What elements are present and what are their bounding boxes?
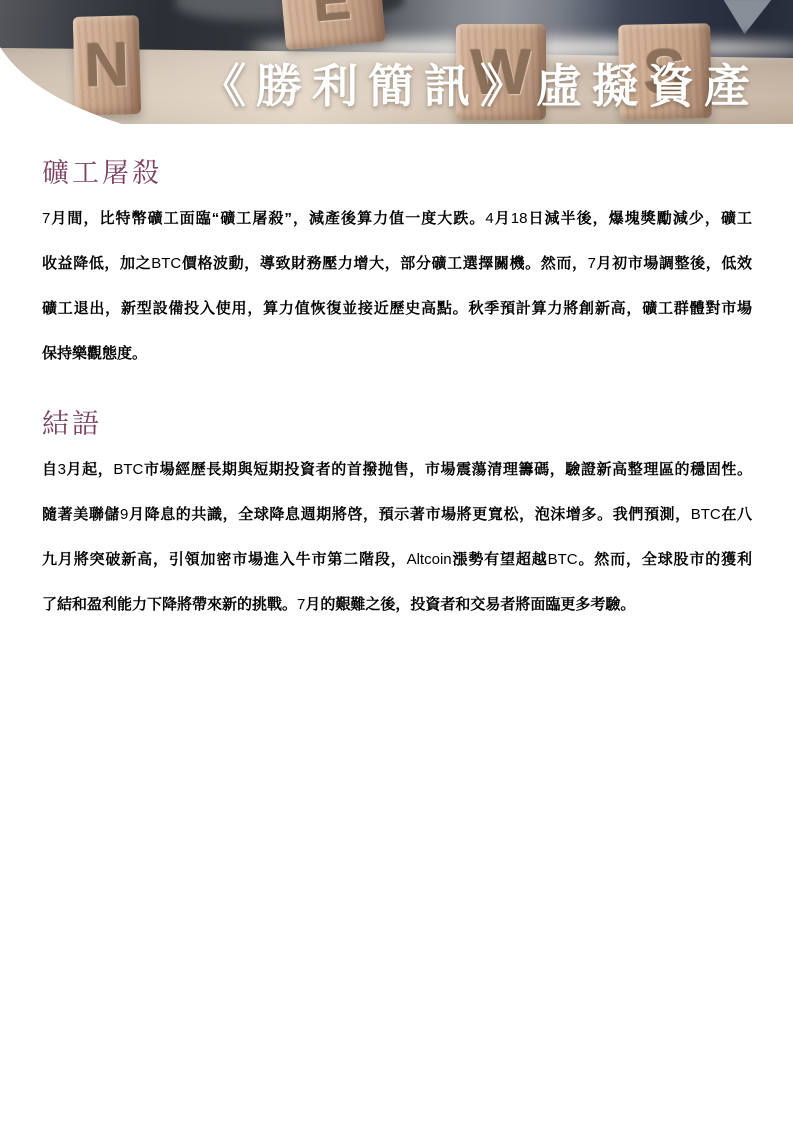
text-line: 礦工退出，新型設備投入使用，算力值恢復並接近歷史高點。秋季預計算力將創新高，礦工… xyxy=(42,286,752,331)
newsletter-article: 礦工屠殺 7月間，比特幣礦工面臨“礦工屠殺”，減產後算力值一度大跌。4月18日減… xyxy=(0,124,793,627)
hero-banner: N E W S 《勝利簡訊》虛擬資產 xyxy=(0,0,793,124)
text-line: 九月將突破新高，引領加密市場進入牛市第二階段，Altcoin漲勢有望超越BTC。… xyxy=(42,537,752,582)
section-heading-conclusion: 結語 xyxy=(42,376,751,441)
text-line: 自3月起，BTC市場經歷長期與短期投資者的首撥抛售，市場震蕩清理籌碼，驗證新高整… xyxy=(42,447,752,492)
hero-corner-cutout xyxy=(0,47,125,124)
letter-block-e: E xyxy=(278,0,386,50)
text-line: 了結和盈利能力下降將帶來新的挑戰。7月的艱難之後，投資者和交易者將面臨更多考驗。 xyxy=(42,582,752,627)
section-miner-massacre: 礦工屠殺 7月間，比特幣礦工面臨“礦工屠殺”，減產後算力值一度大跌。4月18日減… xyxy=(42,124,751,376)
section-conclusion: 結語 自3月起，BTC市場經歷長期與短期投資者的首撥抛售，市場震蕩清理籌碼，驗證… xyxy=(42,376,751,627)
block-letter-e: E xyxy=(311,0,354,34)
section-paragraph-conclusion: 自3月起，BTC市場經歷長期與短期投資者的首撥抛售，市場震蕩清理籌碼，驗證新高整… xyxy=(42,447,752,627)
section-heading-miner-massacre: 礦工屠殺 xyxy=(42,124,751,190)
text-line: 收益降低，加之BTC價格波動，導致財務壓力增大，部分礦工選擇關機。然而，7月初市… xyxy=(42,241,752,286)
text-line: 7月間，比特幣礦工面臨“礦工屠殺”，減產後算力值一度大跌。4月18日減半後，爆塊… xyxy=(42,196,752,241)
text-line: 隨著美聯儲9月降息的共識，全球降息週期將啓，預示著市場將更寬松，泡沫增多。我們預… xyxy=(42,492,752,537)
newsletter-title: 《勝利簡訊》虛擬資產 xyxy=(200,50,760,116)
newsletter-page: N E W S 《勝利簡訊》虛擬資產 礦工屠殺 7月間，比特幣礦工面臨“礦工屠殺… xyxy=(0,0,793,1121)
section-paragraph-miner-massacre: 7月間，比特幣礦工面臨“礦工屠殺”，減產後算力值一度大跌。4月18日減半後，爆塊… xyxy=(42,196,752,376)
text-line: 保持樂觀態度。 xyxy=(42,331,752,376)
